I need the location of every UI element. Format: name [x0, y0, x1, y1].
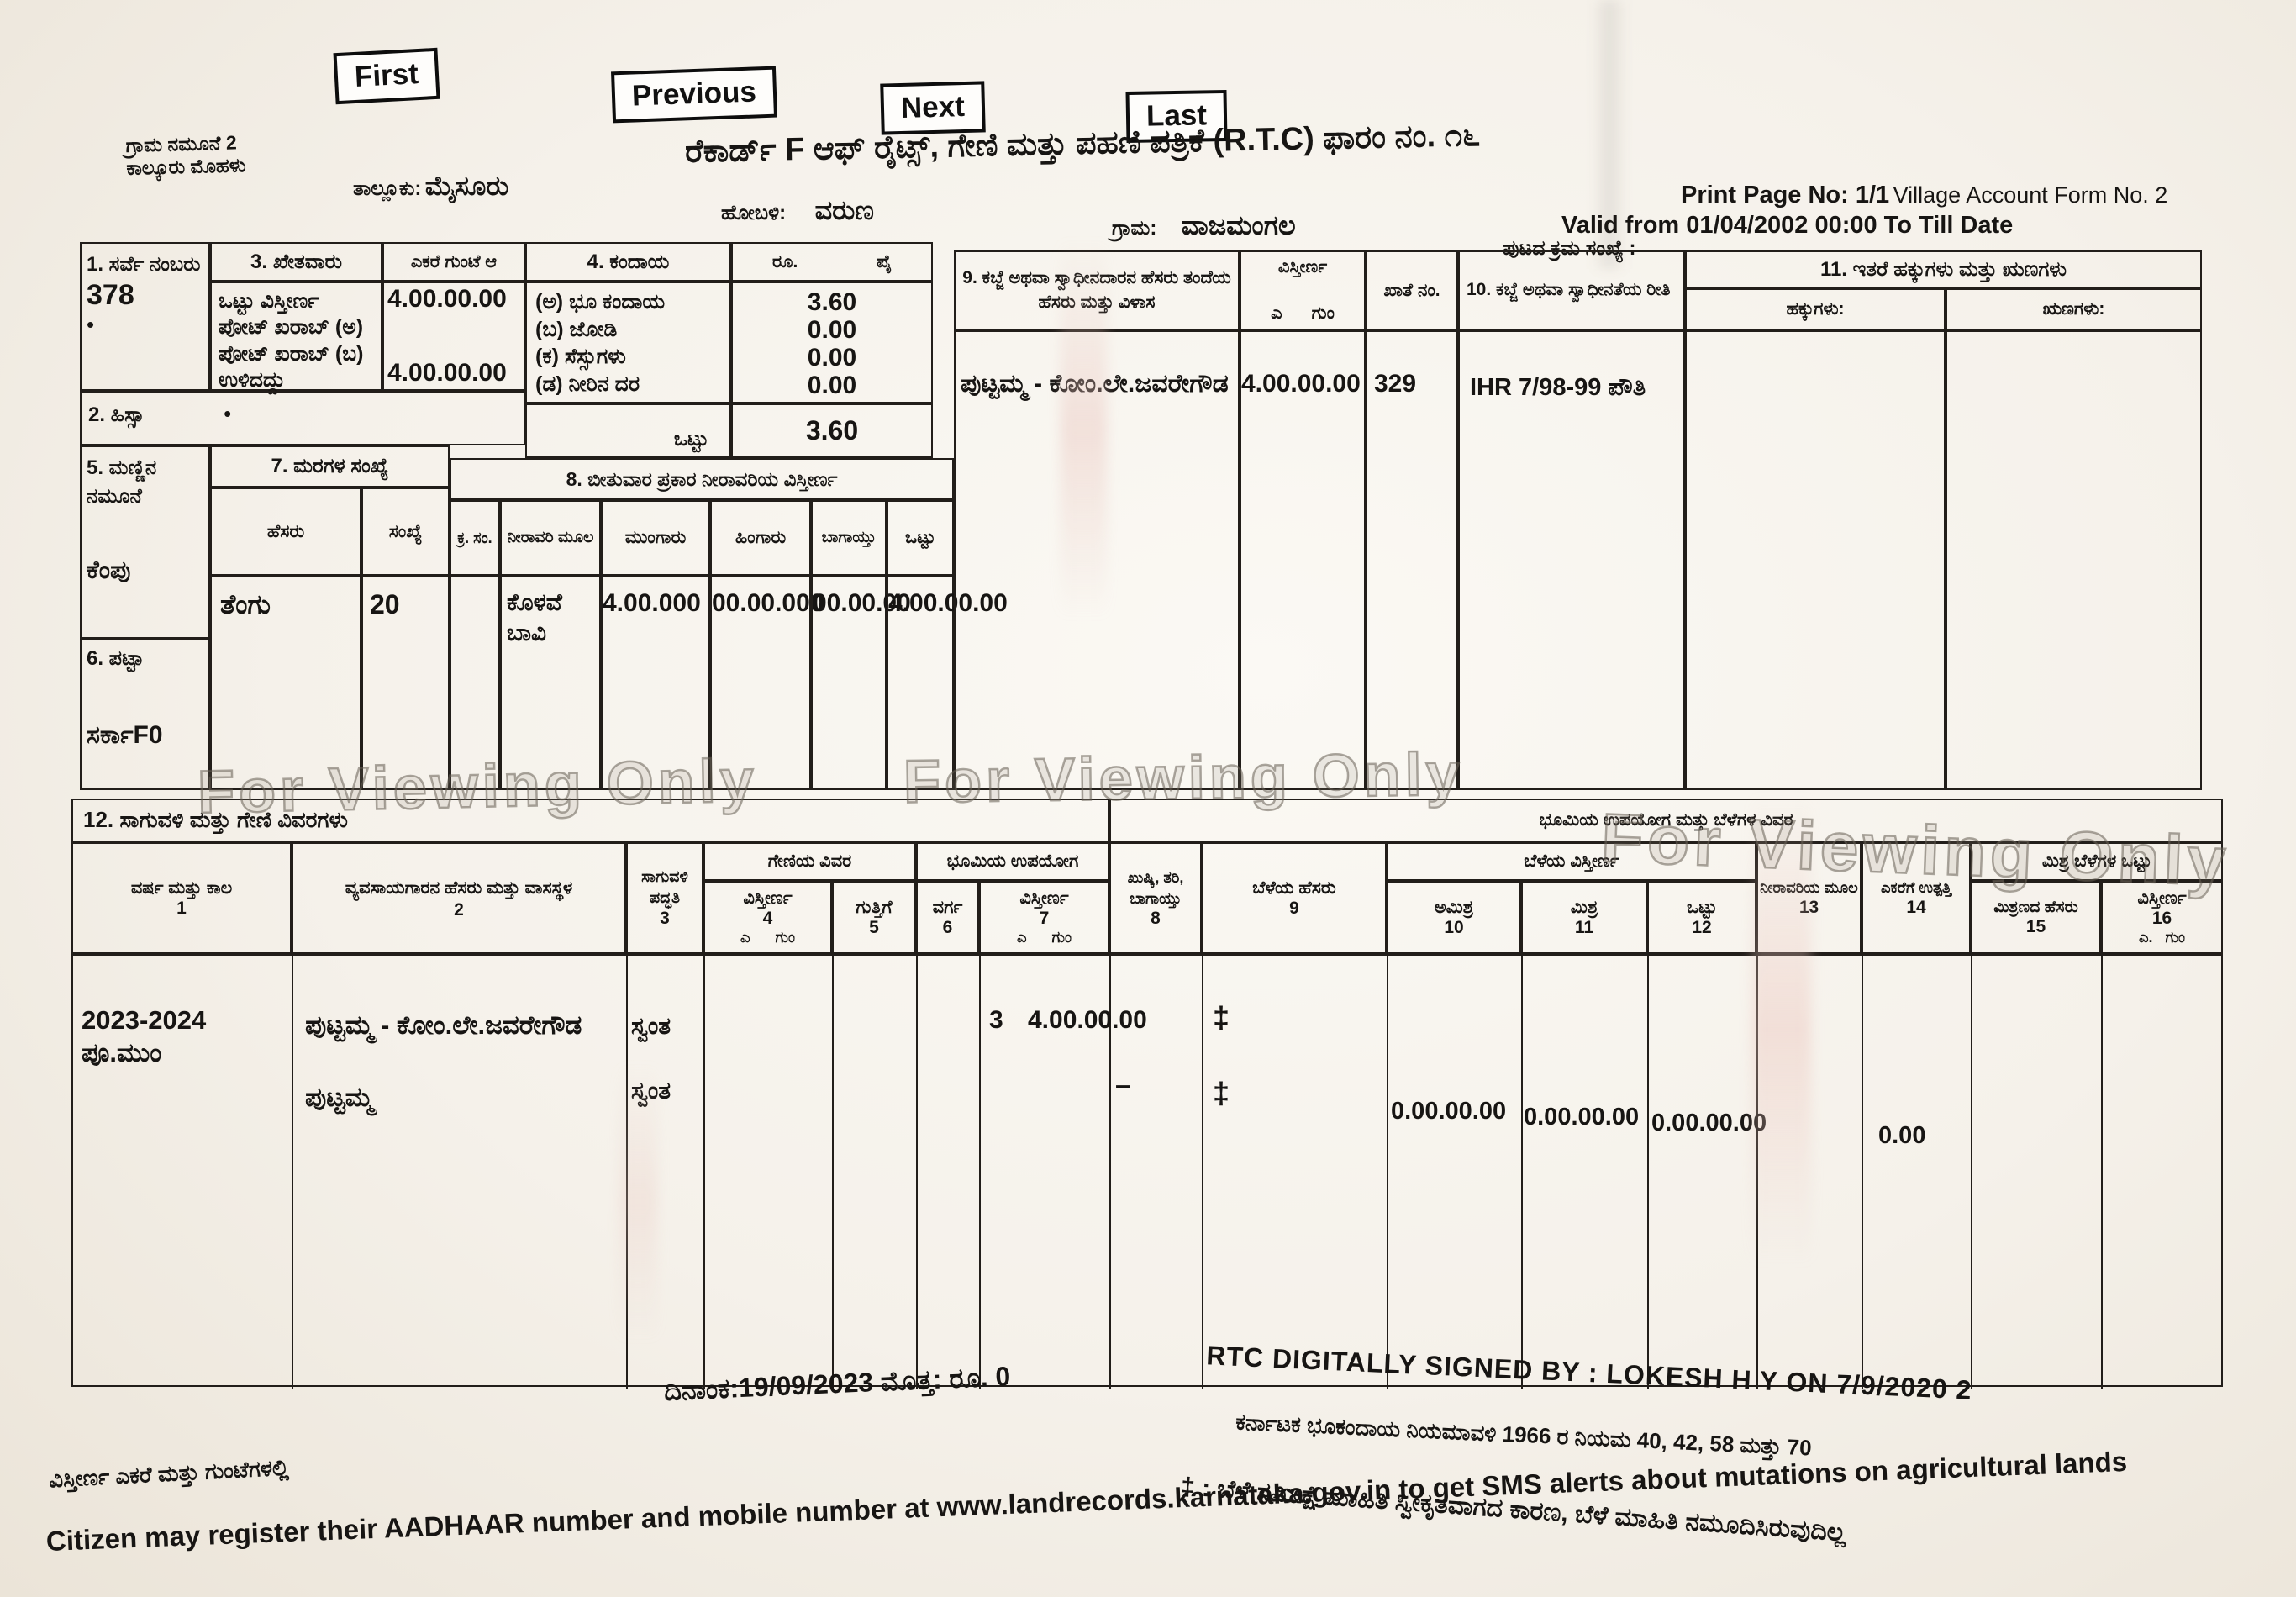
row1-season-value: ಪೂ.ಮುಂ — [82, 1037, 206, 1070]
garden-header: ಬಾಗಾಯ್ತು — [811, 500, 887, 576]
rabi-label: ಹಿಂಗಾರು — [735, 528, 786, 548]
col12-header: ಒಟ್ಟು 12 — [1647, 881, 1756, 954]
survey-number-cell: 1. ಸರ್ವೆ ನಂಬರು 378 • — [80, 242, 210, 391]
col-label: ವರ್ಷ ಮತ್ತು ಕಾಲ — [131, 878, 232, 899]
watermark: For Viewing Only — [197, 746, 758, 827]
column-divider — [703, 956, 705, 1389]
rtc-scanned-document-viewer: First Previous Next Last ಗ್ರಾಮ ನಮೂನೆ 2 ಕ… — [0, 0, 2296, 1597]
col-label: ಖುಷ್ಕಿ, ತರಿ, ಬಾಗಾಯ್ತು — [1111, 867, 1200, 909]
upper-table: 1. ಸರ್ವೆ ನಂಬರು 378 • 3. ಖೇತವಾರು ಎಕರೆ ಗುಂ… — [80, 242, 2202, 790]
patta-label: 6. ಪಟ್ಟಾ — [87, 647, 203, 671]
hissa-dot: • — [224, 401, 231, 426]
tree-count-column-label: ಸಂಖ್ಯೆ — [389, 522, 422, 542]
rupees-column-label: ರೂ. — [772, 252, 798, 272]
column-divider — [1521, 956, 1523, 1389]
irrigation-serial-header: ಕ್ರ. ಸಂ. — [450, 500, 500, 576]
col-num: 6 — [943, 918, 953, 938]
col-dry-wet-header: ಖುಷ್ಕಿ, ತರಿ, ಬಾಗಾಯ್ತು 8 — [1109, 842, 1202, 954]
occupation-mode-cell: IHR 7/98-99 ಪೌತಿ — [1458, 330, 1685, 790]
scan-streak — [1061, 240, 1107, 618]
kharif-label: ಮುಂಗಾರು — [625, 528, 687, 548]
col10-header: ಅಮಿಶ್ರ 10 — [1387, 881, 1521, 954]
revenue-row-label: (ಕ) ಸೆಸ್ಸುಗಳು — [535, 343, 721, 371]
revenue-header-label: 4. ಕಂದಾಯ — [587, 250, 670, 274]
patta-cell: 6. ಪಟ್ಟಾ ಸರ್ಕಾF0 — [80, 639, 210, 790]
revenue-header: 4. ಕಂದಾಯ — [525, 242, 731, 282]
hobli-value: ವರುಣ — [815, 195, 874, 225]
col7-header: ವಿಸ್ತೀರ್ಣ 7 ಎ ಗುಂ — [979, 881, 1109, 954]
row2-mixed-area: 0.00.00.00 — [1524, 1104, 1639, 1131]
irrigation-source-header: ನೀರಾವರಿ ಮೂಲ — [500, 500, 601, 576]
col-num: 7 — [1040, 909, 1050, 929]
revenue-rows-cell: (ಅ) ಭೂ ಕಂದಾಯ (ಬ) ಜೋಡಿ (ಕ) ಸೆಸ್ಸುಗಳು (ಡ) … — [525, 282, 731, 403]
column-divider — [979, 956, 981, 1389]
occupation-mode-value: IHR 7/98-99 ಪೌತಿ — [1470, 374, 1646, 401]
soil-type-label: 5. ಮಣ್ಣಿನ ನಮೂನೆ — [87, 454, 203, 510]
khata-row-label: ಪೋಟ್ ಖರಾಬ್ (ಅ) — [219, 314, 374, 340]
tenancy-group-cell: ಗೇಣಿಯ ವಿವರ — [703, 842, 916, 881]
row2-yield: 0.00 — [1878, 1122, 1925, 1150]
area-units-note: ವಿಸ್ತೀರ್ಣ ಎಕರೆ ಮತ್ತು ಗುಂಟೆಗಳಲ್ಲಿ — [48, 1455, 289, 1494]
paise-column-label: ಪೈ — [877, 252, 892, 272]
garden-label: ಬಾಗಾಯ್ತು — [822, 529, 877, 547]
col-num: 16 — [2152, 909, 2172, 929]
village-field: ಗ್ರಾಮ: ವಾಜಮಂಗಲ — [1112, 210, 1296, 242]
revenue-total-value-cell: 3.60 — [731, 403, 933, 458]
col-num: 10 — [1444, 918, 1463, 938]
occupant-area-unit: ಎ ಗುಂ — [1271, 303, 1335, 324]
row2-farmer: ಪುಟ್ಟಮ್ಮ — [305, 1083, 373, 1114]
col-label: ಒಟ್ಟು — [1687, 898, 1717, 918]
col-num: 11 — [1575, 918, 1593, 938]
document-title: ರೆಕಾರ್ಡ್ F ಆಫ್ ರೈಟ್ಸ್, ಗೇಣಿ ಮತ್ತು ಪಹಣಿ ಪ… — [685, 118, 1481, 171]
column-divider — [1202, 956, 1203, 1389]
col-label: ವಿಸ್ತೀರ್ಣ — [743, 888, 792, 909]
irrigation-header-label: 8. ಬೀತುವಾರ ಪ್ರಕಾರ ನೀರಾವರಿಯ ವಿಸ್ತೀರ್ಣ — [566, 468, 838, 491]
column-divider — [916, 956, 918, 1389]
col-unit: ಎ. ಗುಂ — [2139, 929, 2185, 946]
soil-type-value: ಕೆಂಪು — [87, 556, 203, 585]
irrigation-source-label: ನೀರಾವರಿ ಮೂಲ — [508, 529, 594, 547]
form-number-note: ಗ್ರಾಮ ನಮೂನೆ 2 ಕಾಲ್ಕೂರು ಮೊಹಳು — [125, 131, 246, 180]
col-num: 8 — [1151, 909, 1161, 929]
occupant-area-cell: 4.00.00.00 — [1240, 330, 1366, 790]
row2-crop-marker: ‡ — [1213, 1076, 1230, 1111]
occupant-area-value: 4.00.00.00 — [1241, 370, 1361, 398]
irrigation-serial-label: ಕ್ರ. ಸಂ. — [457, 530, 492, 547]
revenue-rule-line: ಕರ್ನಾಟಕ ಭೂಕಂದಾಯ ನಿಯಮಾವಳಿ 1966 ರ ನಿಯಮ 40,… — [1235, 1409, 1813, 1462]
rights-cell — [1685, 330, 1946, 790]
khata-row-label: ಉಳಿದದ್ದು — [219, 367, 374, 393]
watermark: For Viewing Only — [903, 740, 1464, 816]
col-label: ವ್ಯವಸಾಯಗಾರನ ಹೆಸರು ಮತ್ತು ವಾಸಸ್ಥಳ — [345, 876, 573, 900]
col5-header: ಗುತ್ತಿಗೆ 5 — [832, 881, 916, 954]
tenancy-group-label: ಗೇಣಿಯ ವಿವರ — [768, 851, 852, 872]
row1-year-value: 2023-2024 — [82, 1004, 206, 1037]
col-label: ಅಮಿಶ್ರ — [1435, 898, 1473, 918]
hissa-cell: 2. ಹಿಸ್ಸಾ • — [80, 391, 525, 445]
survey-number-dot: • — [87, 312, 203, 338]
revenue-row-label: (ಅ) ಭೂ ಕಂದಾಯ — [535, 288, 721, 316]
occupation-mode-header: 10. ಕಬ್ಜೆ ಅಥವಾ ಸ್ವಾಧೀನತೆಯ ರೀತಿ — [1458, 250, 1685, 330]
row1-tenure: ಸ್ವಂತ — [631, 1013, 671, 1041]
jodi-value: 0.00 — [733, 316, 931, 344]
form-number-line1: ಗ್ರಾಮ ನಮೂನೆ 2 — [125, 131, 245, 157]
tree-name-column-label: ಹೆಸರು — [267, 522, 304, 542]
irrigation-source-value: ಕೊಳವೆ ಬಾವಿ — [507, 589, 562, 646]
row2-unmixed-area: 0.00.00.00 — [1391, 1098, 1506, 1125]
hobli-label: ಹೋಬಳಿ: — [721, 202, 786, 224]
row1-year: 2023-2024 ಪೂ.ಮುಂ — [82, 1004, 206, 1070]
column-divider — [1971, 956, 1972, 1389]
revenue-total-value: 3.60 — [806, 415, 858, 446]
row1-crop-marker: ‡ — [1213, 1000, 1230, 1036]
next-page-button[interactable]: Next — [880, 81, 985, 134]
liabilities-subheader: ಋಣಗಳು: — [1946, 288, 2202, 330]
total-extent-value: 4.00.00.00 — [387, 285, 520, 314]
account-number-header: ಖಾತೆ ನಂ. — [1366, 250, 1458, 330]
kharif-header: ಮುಂಗಾರು — [601, 500, 710, 576]
khata-unit-header: ಎಕರೆ ಗುಂಟೆ ಆ — [382, 242, 525, 282]
col-farmer-header: ವ್ಯವಸಾಯಗಾರನ ಹೆಸರು ಮತ್ತು ವಾಸಸ್ಥಳ 2 — [292, 842, 626, 954]
patta-value: ಸರ್ಕಾF0 — [87, 721, 203, 750]
trees-header: 7. ಮರಗಳ ಸಂಖ್ಯೆ — [210, 445, 450, 488]
col-tenure-header: ಸಾಗುವಳಿ ಪದ್ಧತಿ 3 — [626, 842, 703, 954]
col-label: ವರ್ಗ — [933, 898, 963, 918]
col-num: 9 — [1289, 899, 1299, 919]
print-page-label: Print Page No: 1/1 — [1681, 182, 1889, 208]
col6-header: ವರ್ಗ 6 — [916, 881, 979, 954]
khata-unit-label: ಎಕರೆ ಗುಂಟೆ ಆ — [411, 252, 497, 272]
cess-value: 0.00 — [733, 344, 931, 372]
col-label: ಮಿಶ್ರಣದ ಹೆಸರು — [1993, 899, 2078, 917]
previous-page-button[interactable]: Previous — [611, 66, 777, 123]
survey-number-value: 378 — [87, 279, 203, 312]
revenue-row-label: (ಬ) ಜೋಡಿ — [535, 316, 721, 344]
revenue-values-cell: 3.60 0.00 0.00 0.00 — [731, 282, 933, 403]
col-label: ಮಿಶ್ರ — [1571, 898, 1598, 918]
row2-total-area: 0.00.00.00 — [1651, 1109, 1767, 1137]
column-divider — [1387, 956, 1388, 1389]
village-label: ಗ್ರಾಮ: — [1112, 217, 1156, 240]
tree-count-value: 20 — [370, 589, 400, 619]
rights-subheader: ಹಕ್ಕುಗಳು: — [1685, 288, 1946, 330]
kharif-value: 4.00.000 — [603, 589, 701, 617]
village-value: ವಾಜಮಂಗಲ — [1182, 210, 1296, 240]
trees-header-label: 7. ಮರಗಳ ಸಂಖ್ಯೆ — [271, 455, 388, 478]
liabilities-cell — [1946, 330, 2202, 790]
remaining-extent-value: 4.00.00.00 — [387, 359, 520, 387]
scan-streak — [619, 1063, 657, 1341]
taluk-field: ತಾಲ್ಲೂಕು: ಮೈಸೂರು — [353, 171, 508, 203]
khata-header: 3. ಖೇತವಾರು — [210, 242, 382, 282]
column-divider — [1647, 956, 1649, 1389]
col-num: 4 — [763, 909, 773, 929]
soil-type-cell: 5. ಮಣ್ಣಿನ ನಮೂನೆ ಕೆಂಪು — [80, 445, 210, 639]
row1-farmer: ಪುಟ್ಟಮ್ಮ - ಕೋಂ.ಲೇ.ಜವರೇಗೌಡ — [305, 1010, 582, 1041]
form-number-line2: ಕಾಲ್ಕೂರು ಮೊಹಳು — [126, 154, 246, 180]
account-number-value: 329 — [1374, 370, 1416, 398]
form-name-english: Village Account Form No. 2 — [1893, 182, 2168, 208]
taluk-label: ತಾಲ್ಲೂಕು: — [353, 177, 421, 200]
revenue-unit-header: ರೂ. ಪೈ — [731, 242, 933, 282]
column-divider — [832, 956, 834, 1389]
account-number-cell: 329 — [1366, 330, 1458, 790]
occupant-area-label: ವಿಸ್ತೀರ್ಣ — [1278, 257, 1327, 277]
khata-row-label: ಪೋಟ್ ಖರಾಬ್ (ಬ) — [219, 341, 374, 367]
col11-header: ಮಿಶ್ರ 11 — [1521, 881, 1647, 954]
col-num: 1 — [176, 899, 187, 919]
col-label: ಸಾಗುವಳಿ ಪದ್ಧತಿ — [628, 867, 702, 909]
tree-name-header: ಹೆಸರು — [210, 488, 361, 576]
rabi-value: 00.00.000 — [712, 589, 824, 617]
liabilities-column-label: ಋಣಗಳು: — [2043, 299, 2105, 319]
row1-area: 4.00.00.00 — [996, 1006, 1147, 1035]
irrigation-header: 8. ಬೀತುವಾರ ಪ್ರಕಾರ ನೀರಾವರಿಯ ವಿಸ್ತೀರ್ಣ — [450, 458, 954, 500]
column-divider — [1862, 956, 1863, 1389]
account-number-label: ಖಾತೆ ನಂ. — [1383, 281, 1440, 301]
revenue-row-label: (ಡ) ನೀರಿನ ದರ — [535, 371, 721, 398]
land-revenue-value: 3.60 — [733, 288, 931, 316]
print-page-field: Print Page No: 1/1 Village Account Form … — [1681, 182, 2167, 209]
rights-column-label: ಹಕ್ಕುಗಳು: — [1786, 299, 1844, 319]
irrigation-total-label: ಒಟ್ಟು — [905, 528, 935, 548]
khata-rows-cell: ಒಟ್ಟು ವಿಸ್ತೀರ್ಣ ಪೋಟ್ ಖರಾಬ್ (ಅ) ಪೋಟ್ ಖರಾಬ… — [210, 282, 382, 391]
revenue-total-label: ಒಟ್ಟು — [674, 428, 708, 451]
khata-values-cell: 4.00.00.00 4.00.00.00 — [382, 282, 525, 391]
scan-fold-shadow — [1593, 0, 1626, 269]
revenue-total-label-cell: ಒಟ್ಟು — [525, 403, 731, 458]
column-divider — [292, 956, 293, 1389]
hissa-label: 2. ಹಿಸ್ಸಾ — [88, 403, 145, 426]
land-use-group-label: ಭೂಮಿಯ ಉಪಯೋಗ — [947, 851, 1079, 872]
col4-header: ವಿಸ್ತೀರ್ಣ 4 ಎ ಗುಂ — [703, 881, 832, 954]
other-rights-label: 11. ಇತರೆ ಹಕ್ಕುಗಳು ಮತ್ತು ಋಣಗಳು — [1820, 258, 2067, 282]
col-label: ಗುತ್ತಿಗೆ — [856, 898, 892, 918]
valid-from-field: Valid from 01/04/2002 00:00 To Till Date — [1561, 212, 2013, 240]
column-divider — [2101, 956, 2103, 1389]
col-num: 2 — [454, 900, 464, 920]
col-crop-name-header: ಬೆಳೆಯ ಹೆಸರು 9 — [1202, 842, 1387, 954]
land-use-group-cell: ಭೂಮಿಯ ಉಪಯೋಗ — [916, 842, 1109, 881]
water-rate-value: 0.00 — [733, 372, 931, 399]
col-num: 14 — [1906, 898, 1925, 918]
row2-dash: – — [1115, 1069, 1131, 1102]
hobli-field: ಹೋಬಳಿ: ವರುಣ — [721, 195, 874, 227]
col-unit: ಎ ಗುಂ — [1017, 929, 1072, 946]
col-label: ಬೆಳೆಯ ಹೆಸರು — [1252, 878, 1335, 899]
col-num: 12 — [1692, 918, 1711, 938]
taluk-value: ಮೈಸೂರು — [425, 171, 509, 201]
occupant-area-header: ವಿಸ್ತೀರ್ಣ ಎ ಗುಂ — [1240, 250, 1366, 330]
rabi-header: ಹಿಂಗಾರು — [710, 500, 811, 576]
irrigation-total-header: ಒಟ್ಟು — [887, 500, 954, 576]
col-label: ವಿಸ್ತೀರ್ಣ — [1019, 888, 1068, 909]
col-year-header: ವರ್ಷ ಮತ್ತು ಕಾಲ 1 — [71, 842, 292, 954]
col-num: 5 — [869, 918, 879, 938]
tree-name-value: ತೆಂಗು — [220, 589, 271, 619]
khata-row-label: ಒಟ್ಟು ವಿಸ್ತೀರ್ಣ — [219, 288, 374, 314]
occupation-mode-label: 10. ಕಬ್ಜೆ ಅಥವಾ ಸ್ವಾಧೀನತೆಯ ರೀತಿ — [1467, 278, 1671, 302]
col-num: 3 — [660, 909, 670, 929]
first-page-button[interactable]: First — [334, 48, 440, 104]
col-unit: ಎ ಗುಂ — [740, 929, 795, 946]
col-num: 15 — [2026, 917, 2046, 937]
garden-cell: 00.00.00 — [811, 576, 887, 790]
survey-number-label: 1. ಸರ್ವೆ ನಂಬರು — [87, 250, 203, 279]
khata-header-label: 3. ಖೇತವಾರು — [250, 250, 342, 274]
other-rights-header: 11. ಇತರೆ ಹಕ್ಕುಗಳು ಮತ್ತು ಋಣಗಳು — [1685, 250, 2202, 288]
tree-count-header: ಸಂಖ್ಯೆ — [361, 488, 450, 576]
